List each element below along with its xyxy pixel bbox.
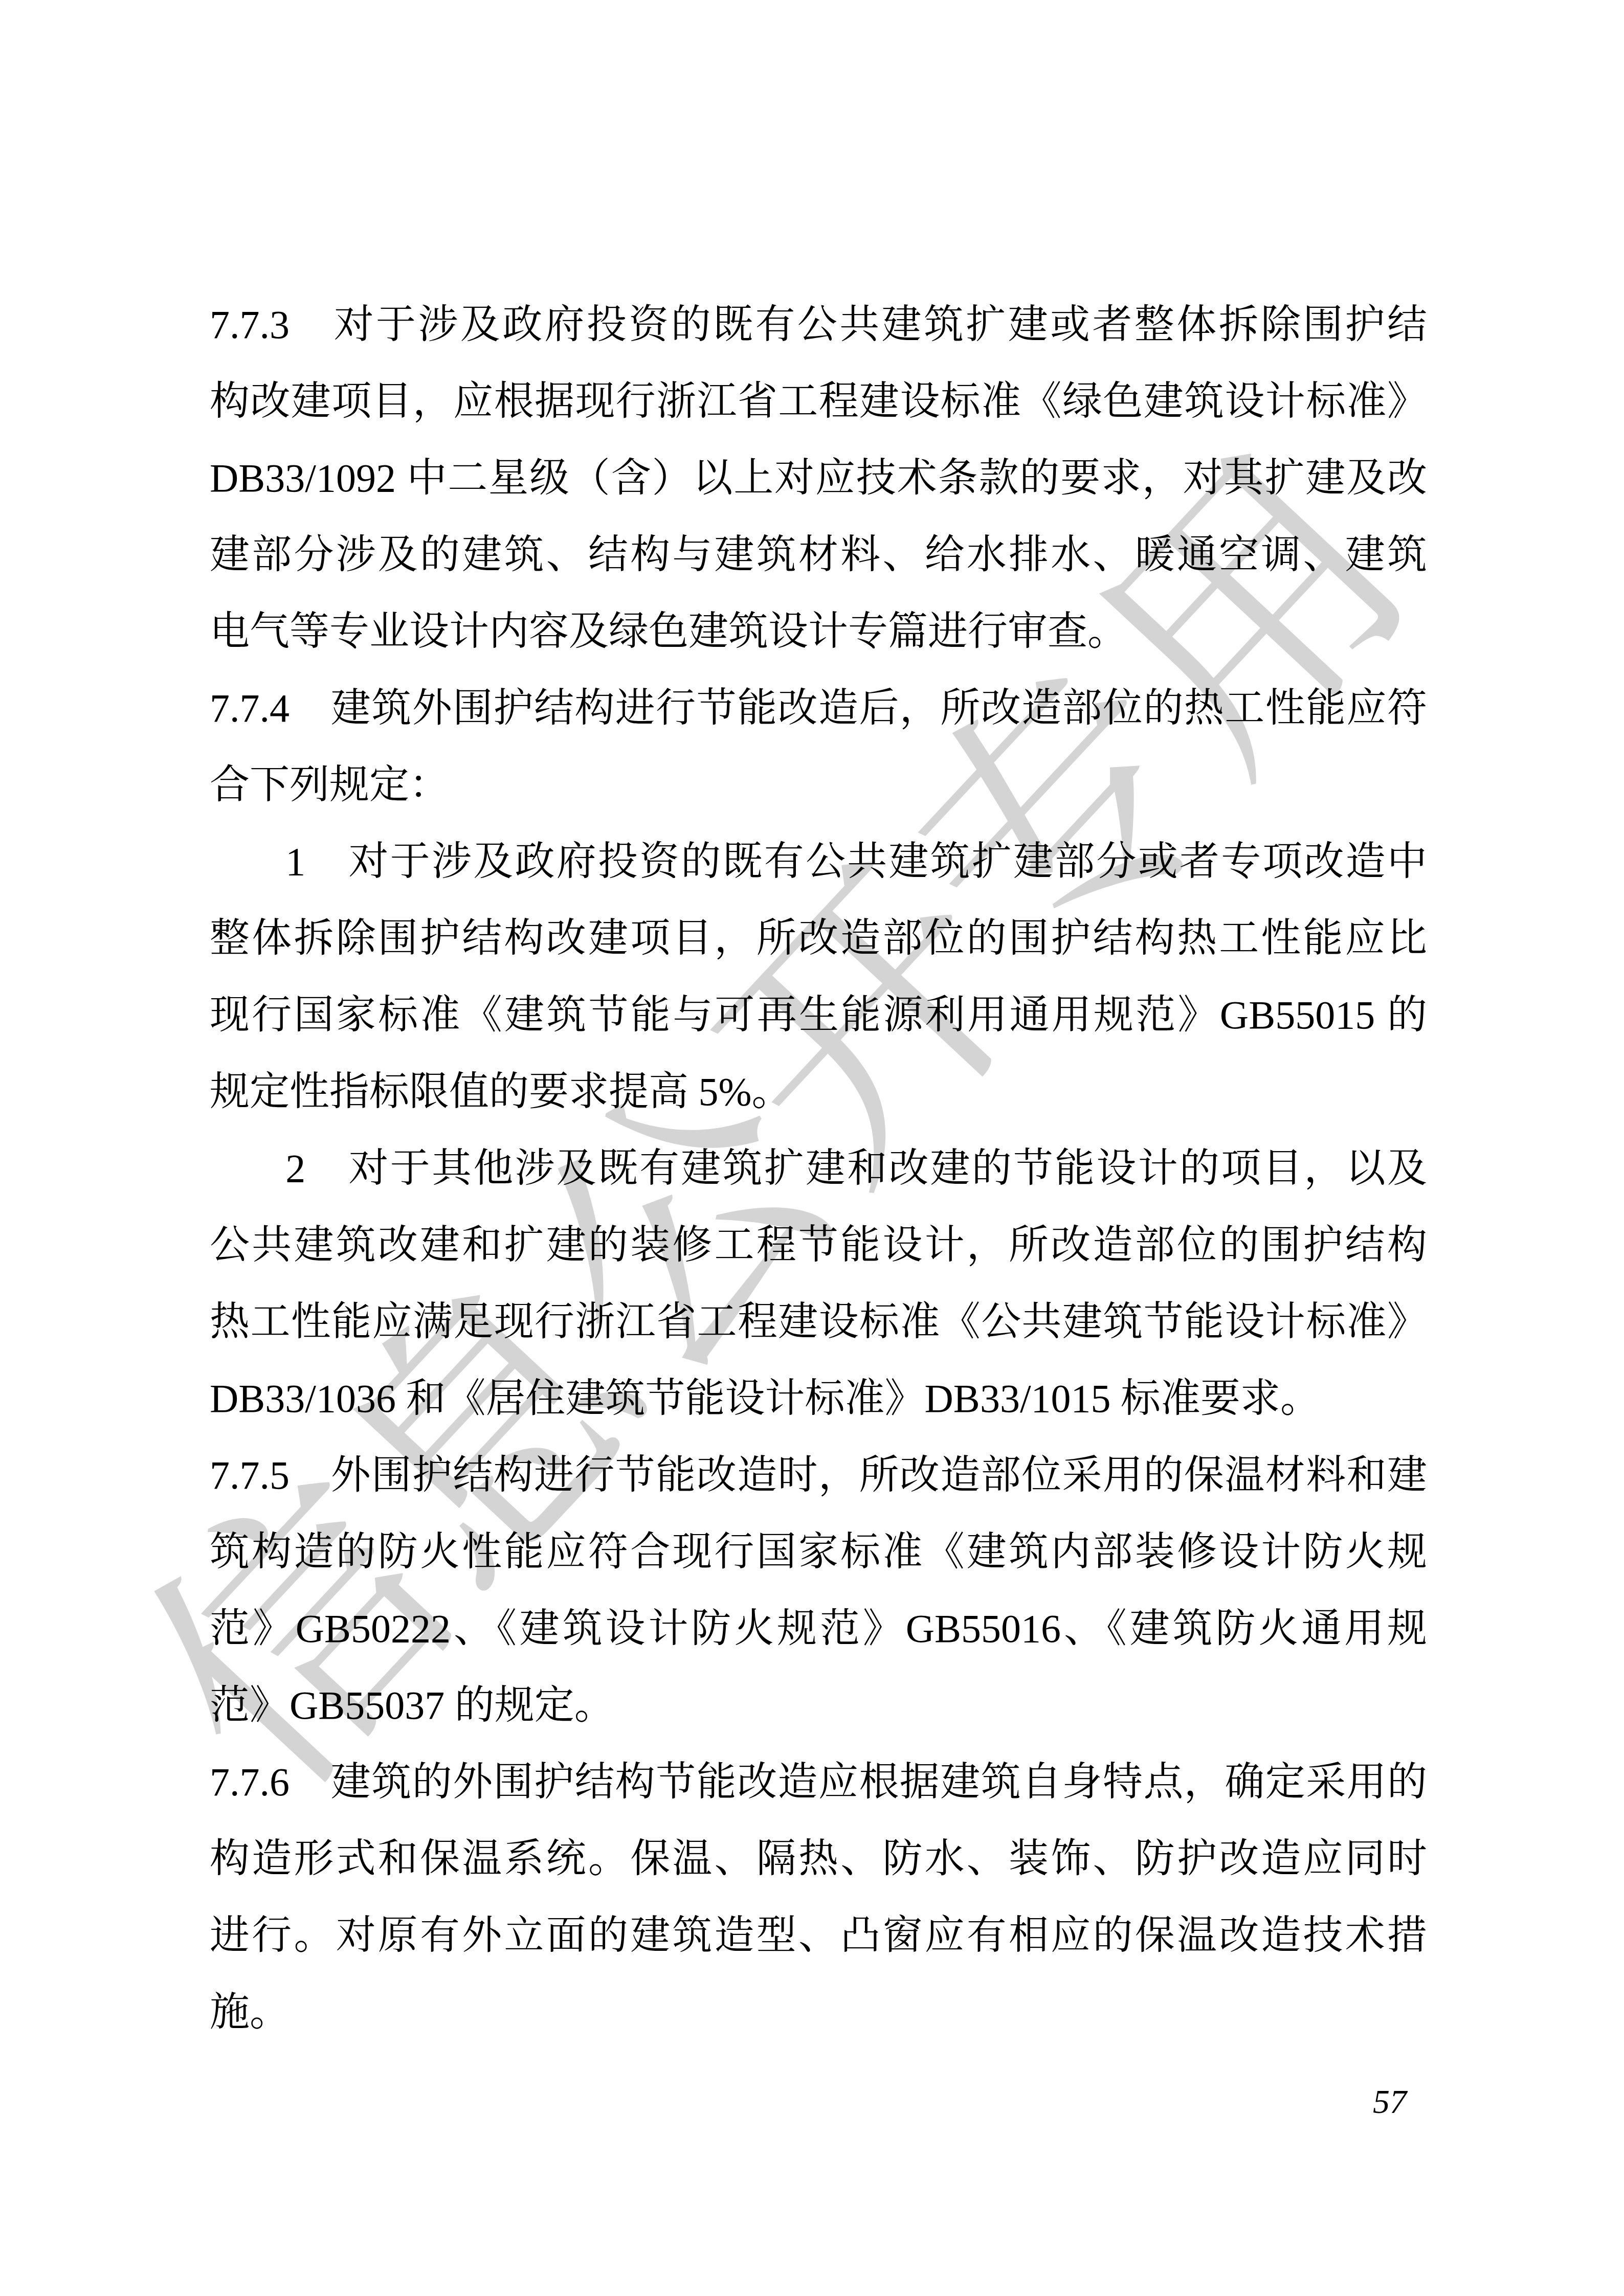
text-line: 1 对于涉及政府投资的既有公共建筑扩建部分或者专项改造中 [210,823,1427,900]
text-line: 进行。对原有外立面的建筑造型、凸窗应有相应的保温改造技术措 [210,1897,1427,1974]
text-line: DB33/1036 和《居住建筑节能设计标准》DB33/1015 标准要求。 [210,1360,1427,1437]
text-line: 范》GB50222、《建筑设计防火规范》GB55016、《建筑防火通用规 [210,1590,1427,1667]
text-line: 整体拆除围护结构改建项目，所改造部位的围护结构热工性能应比 [210,900,1427,977]
text-line: 公共建筑改建和扩建的装修工程节能设计，所改造部位的围护结构 [210,1207,1427,1284]
text-line: 现行国家标准《建筑节能与可再生能源利用通用规范》GB55015 的 [210,977,1427,1053]
text-line: 7.7.6 建筑的外围护结构节能改造应根据建筑自身特点，确定采用的 [210,1744,1427,1820]
text-line: 构改建项目，应根据现行浙江省工程建设标准《绿色建筑设计标准》 [210,363,1427,440]
text-line: 7.7.4 建筑外围护结构进行节能改造后，所改造部位的热工性能应符 [210,670,1427,747]
text-line: 构造形式和保温系统。保温、隔热、防水、装饰、防护改造应同时 [210,1820,1427,1897]
text-line: 7.7.3 对于涉及政府投资的既有公共建筑扩建或者整体拆除围护结 [210,286,1427,363]
text-line: DB33/1092 中二星级（含）以上对应技术条款的要求，对其扩建及改 [210,440,1427,516]
text-line: 范》GB55037 的规定。 [210,1667,1427,1744]
text-line: 施。 [210,1974,1427,2051]
page-number: 57 [1373,2085,1407,2119]
paragraph-clause-7-7-6: 7.7.6 建筑的外围护结构节能改造应根据建筑自身特点，确定采用的 构造形式和保… [210,1744,1427,2051]
text-line: 合下列规定： [210,747,1427,823]
text-line: 筑构造的防火性能应符合现行国家标准《建筑内部装修设计防火规 [210,1514,1427,1590]
text-line: 7.7.5 外围护结构进行节能改造时，所改造部位采用的保温材料和建 [210,1437,1427,1514]
paragraph-clause-7-7-4-item-1: 1 对于涉及政府投资的既有公共建筑扩建部分或者专项改造中 整体拆除围护结构改建项… [210,823,1427,1130]
text-line: 规定性指标限值的要求提高 5%。 [210,1053,1427,1130]
paragraph-clause-7-7-4-item-2: 2 对于其他涉及既有建筑扩建和改建的节能设计的项目，以及 公共建筑改建和扩建的装… [210,1130,1427,1437]
paragraph-clause-7-7-4: 7.7.4 建筑外围护结构进行节能改造后，所改造部位的热工性能应符 合下列规定： [210,670,1427,823]
text-line: 电气等专业设计内容及绿色建筑设计专篇进行审查。 [210,593,1427,670]
text-line: 2 对于其他涉及既有建筑扩建和改建的节能设计的项目，以及 [210,1130,1427,1207]
paragraph-clause-7-7-3: 7.7.3 对于涉及政府投资的既有公共建筑扩建或者整体拆除围护结 构改建项目，应… [210,286,1427,670]
text-line: 热工性能应满足现行浙江省工程建设标准《公共建筑节能设计标准》 [210,1284,1427,1360]
text-line: 建部分涉及的建筑、结构与建筑材料、给水排水、暖通空调、建筑 [210,516,1427,593]
document-body: 7.7.3 对于涉及政府投资的既有公共建筑扩建或者整体拆除围护结 构改建项目，应… [210,286,1427,2051]
document-page: 信息公开专用 7.7.3 对于涉及政府投资的既有公共建筑扩建或者整体拆除围护结 … [0,0,1624,2296]
paragraph-clause-7-7-5: 7.7.5 外围护结构进行节能改造时，所改造部位采用的保温材料和建 筑构造的防火… [210,1437,1427,1744]
